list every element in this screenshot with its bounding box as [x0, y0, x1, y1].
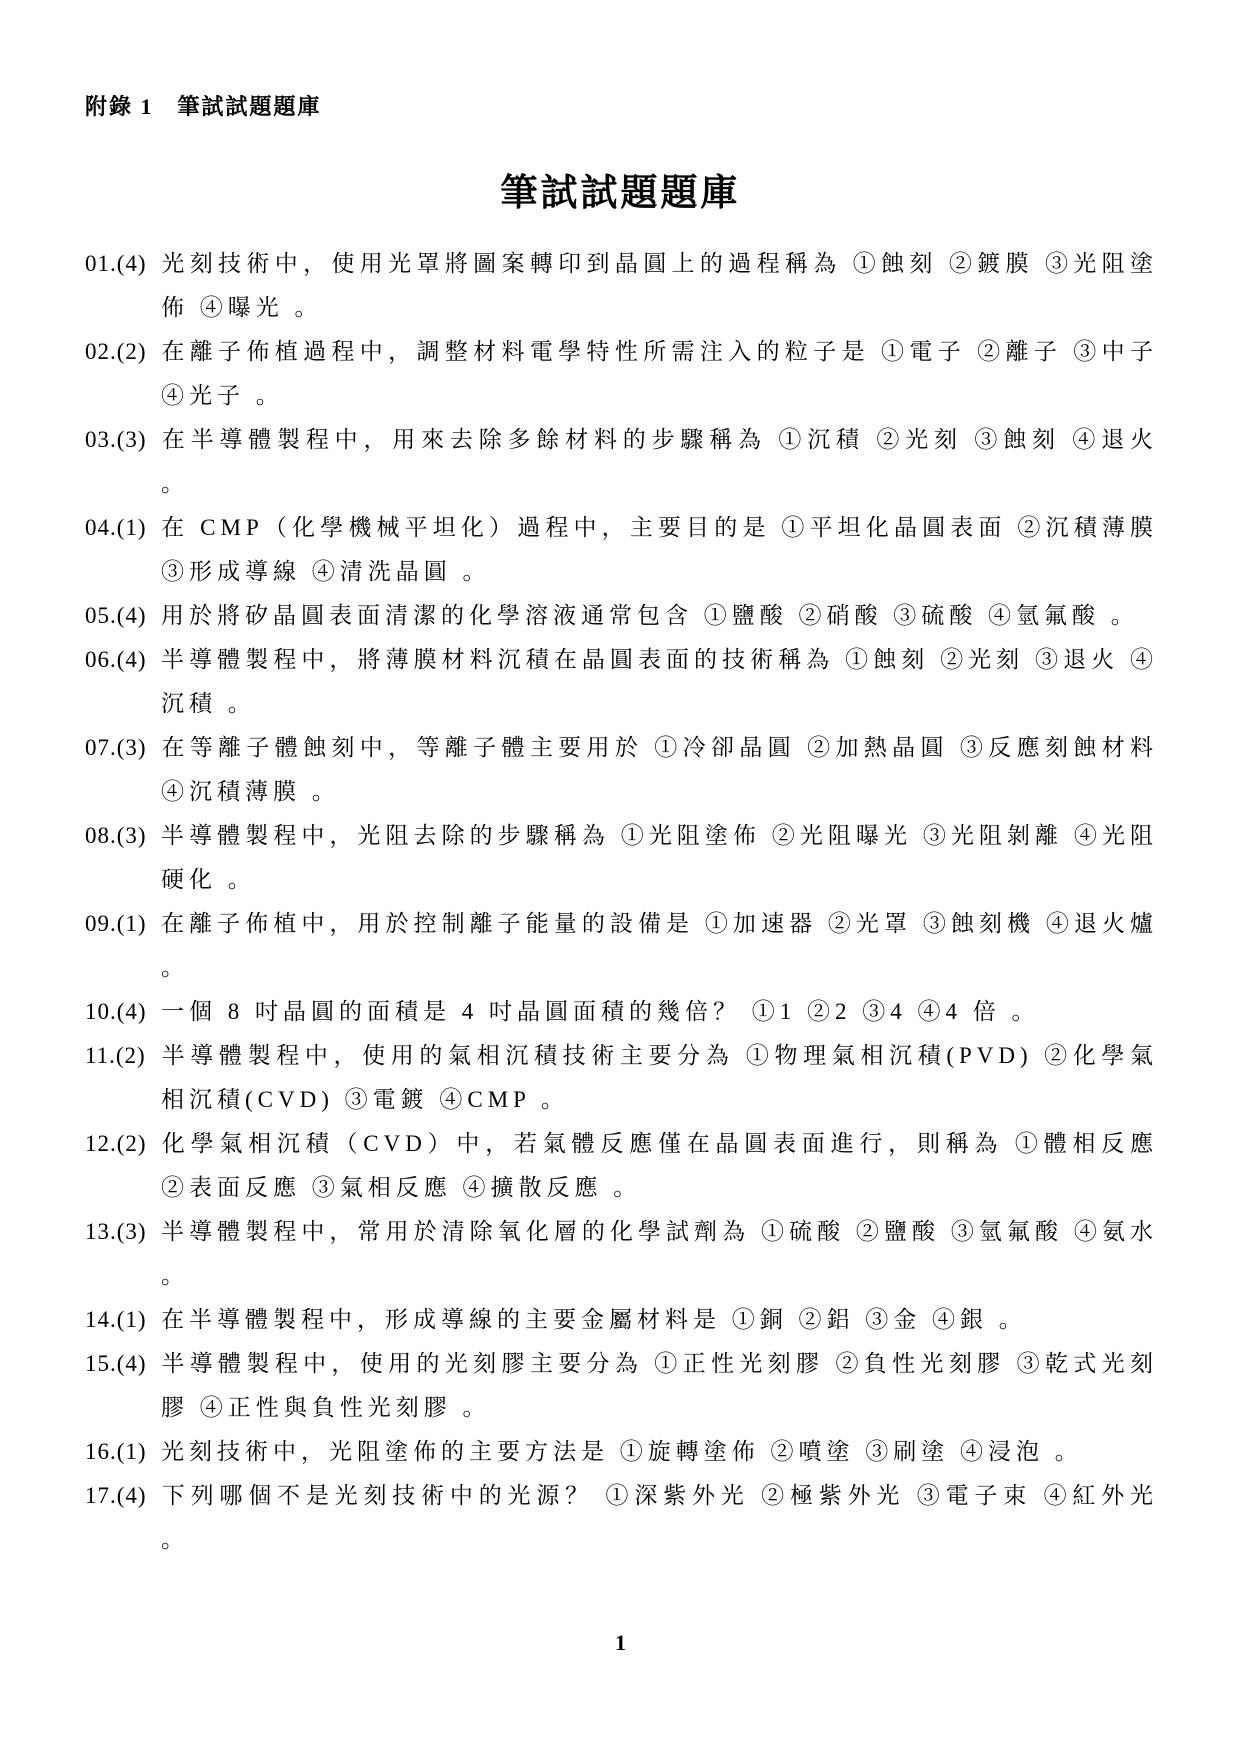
- question-item: 08.(3)半導體製程中，光阻去除的步驟稱為 ①光阻塗佈 ②光阻曝光 ③光阻剝離…: [85, 814, 1158, 902]
- question-number: 04.(1): [85, 506, 161, 550]
- question-text: 半導體製程中，使用的光刻膠主要分為 ①正性光刻膠 ②負性光刻膠 ③乾式光刻膠 ④…: [161, 1351, 1158, 1420]
- question-number: 12.(2): [85, 1122, 161, 1166]
- question-item: 13.(3)半導體製程中，常用於清除氧化層的化學試劑為 ①硫酸 ②鹽酸 ③氫氟酸…: [85, 1210, 1158, 1298]
- question-item: 04.(1)在 CMP（化學機械平坦化）過程中，主要目的是 ①平坦化晶圓表面 ②…: [85, 506, 1158, 594]
- question-number: 10.(4): [85, 990, 161, 1034]
- question-text: 光刻技術中，使用光罩將圖案轉印到晶圓上的過程稱為 ①蝕刻 ②鍍膜 ③光阻塗佈 ④…: [161, 251, 1158, 320]
- question-number: 14.(1): [85, 1298, 161, 1342]
- question-number: 05.(4): [85, 594, 161, 638]
- question-item: 05.(4)用於將矽晶圓表面清潔的化學溶液通常包含 ①鹽酸 ②硝酸 ③硫酸 ④氫…: [85, 594, 1158, 638]
- question-text: 光刻技術中，光阻塗佈的主要方法是 ①旋轉塗佈 ②噴塗 ③刷塗 ④浸泡 。: [161, 1439, 1083, 1464]
- question-text: 在半導體製程中，用來去除多餘材料的步驟稱為 ①沉積 ②光刻 ③蝕刻 ④退火 。: [161, 427, 1158, 496]
- question-number: 09.(1): [85, 902, 161, 946]
- question-item: 15.(4)半導體製程中，使用的光刻膠主要分為 ①正性光刻膠 ②負性光刻膠 ③乾…: [85, 1342, 1158, 1430]
- question-text: 半導體製程中，光阻去除的步驟稱為 ①光阻塗佈 ②光阻曝光 ③光阻剝離 ④光阻硬化…: [161, 823, 1158, 892]
- appendix-header: 附錄 1 筆試試題題庫: [85, 90, 322, 121]
- question-item: 17.(4)下列哪個不是光刻技術中的光源？ ①深紫外光 ②極紫外光 ③電子束 ④…: [85, 1474, 1158, 1562]
- question-text: 在離子佈植中，用於控制離子能量的設備是 ①加速器 ②光罩 ③蝕刻機 ④退火爐 。: [161, 911, 1158, 980]
- question-item: 14.(1)在半導體製程中，形成導線的主要金屬材料是 ①銅 ②鋁 ③金 ④銀 。: [85, 1298, 1158, 1342]
- question-text: 一個 8 吋晶圓的面積是 4 吋晶圓面積的幾倍？ ①1 ②2 ③4 ④4 倍 。: [161, 999, 1040, 1024]
- question-number: 13.(3): [85, 1210, 161, 1254]
- document-page: 附錄 1 筆試試題題庫 筆試試題題庫 01.(4)光刻技術中，使用光罩將圖案轉印…: [0, 0, 1241, 1755]
- question-item: 09.(1)在離子佈植中，用於控制離子能量的設備是 ①加速器 ②光罩 ③蝕刻機 …: [85, 902, 1158, 990]
- question-number: 17.(4): [85, 1474, 161, 1518]
- question-text: 半導體製程中，使用的氣相沉積技術主要分為 ①物理氣相沉積(PVD) ②化學氣相沉…: [161, 1043, 1158, 1112]
- question-text: 用於將矽晶圓表面清潔的化學溶液通常包含 ①鹽酸 ②硝酸 ③硫酸 ④氫氟酸 。: [161, 603, 1139, 628]
- question-item: 07.(3)在等離子體蝕刻中，等離子體主要用於 ①冷卻晶圓 ②加熱晶圓 ③反應刻…: [85, 726, 1158, 814]
- question-text: 在 CMP（化學機械平坦化）過程中，主要目的是 ①平坦化晶圓表面 ②沉積薄膜 ③…: [161, 515, 1158, 584]
- question-number: 01.(4): [85, 242, 161, 286]
- question-text: 在離子佈植過程中，調整材料電學特性所需注入的粒子是 ①電子 ②離子 ③中子 ④光…: [161, 339, 1158, 408]
- question-number: 11.(2): [85, 1034, 161, 1078]
- question-item: 06.(4)半導體製程中，將薄膜材料沉積在晶圓表面的技術稱為 ①蝕刻 ②光刻 ③…: [85, 638, 1158, 726]
- question-item: 10.(4)一個 8 吋晶圓的面積是 4 吋晶圓面積的幾倍？ ①1 ②2 ③4 …: [85, 990, 1158, 1034]
- question-text: 半導體製程中，將薄膜材料沉積在晶圓表面的技術稱為 ①蝕刻 ②光刻 ③退火 ④沉積…: [161, 647, 1158, 716]
- question-number: 03.(3): [85, 418, 161, 462]
- question-number: 08.(3): [85, 814, 161, 858]
- page-title: 筆試試題題庫: [0, 172, 1241, 216]
- question-text: 半導體製程中，常用於清除氧化層的化學試劑為 ①硫酸 ②鹽酸 ③氫氟酸 ④氨水 。: [161, 1219, 1158, 1288]
- question-number: 06.(4): [85, 638, 161, 682]
- question-text: 在半導體製程中，形成導線的主要金屬材料是 ①銅 ②鋁 ③金 ④銀 。: [161, 1307, 1027, 1332]
- page-number: 1: [0, 1628, 1241, 1658]
- question-number: 02.(2): [85, 330, 161, 374]
- question-item: 02.(2)在離子佈植過程中，調整材料電學特性所需注入的粒子是 ①電子 ②離子 …: [85, 330, 1158, 418]
- question-item: 01.(4)光刻技術中，使用光罩將圖案轉印到晶圓上的過程稱為 ①蝕刻 ②鍍膜 ③…: [85, 242, 1158, 330]
- question-item: 03.(3)在半導體製程中，用來去除多餘材料的步驟稱為 ①沉積 ②光刻 ③蝕刻 …: [85, 418, 1158, 506]
- question-text: 在等離子體蝕刻中，等離子體主要用於 ①冷卻晶圓 ②加熱晶圓 ③反應刻蝕材料 ④沉…: [161, 735, 1158, 804]
- question-item: 12.(2)化學氣相沉積（CVD）中，若氣體反應僅在晶圓表面進行，則稱為 ①體相…: [85, 1122, 1158, 1210]
- question-number: 16.(1): [85, 1430, 161, 1474]
- question-number: 07.(3): [85, 726, 161, 770]
- question-item: 16.(1)光刻技術中，光阻塗佈的主要方法是 ①旋轉塗佈 ②噴塗 ③刷塗 ④浸泡…: [85, 1430, 1158, 1474]
- question-item: 11.(2)半導體製程中，使用的氣相沉積技術主要分為 ①物理氣相沉積(PVD) …: [85, 1034, 1158, 1122]
- question-list: 01.(4)光刻技術中，使用光罩將圖案轉印到晶圓上的過程稱為 ①蝕刻 ②鍍膜 ③…: [85, 242, 1158, 1562]
- question-number: 15.(4): [85, 1342, 161, 1386]
- question-text: 下列哪個不是光刻技術中的光源？ ①深紫外光 ②極紫外光 ③電子束 ④紅外光 。: [161, 1483, 1158, 1552]
- question-text: 化學氣相沉積（CVD）中，若氣體反應僅在晶圓表面進行，則稱為 ①體相反應 ②表面…: [161, 1131, 1158, 1200]
